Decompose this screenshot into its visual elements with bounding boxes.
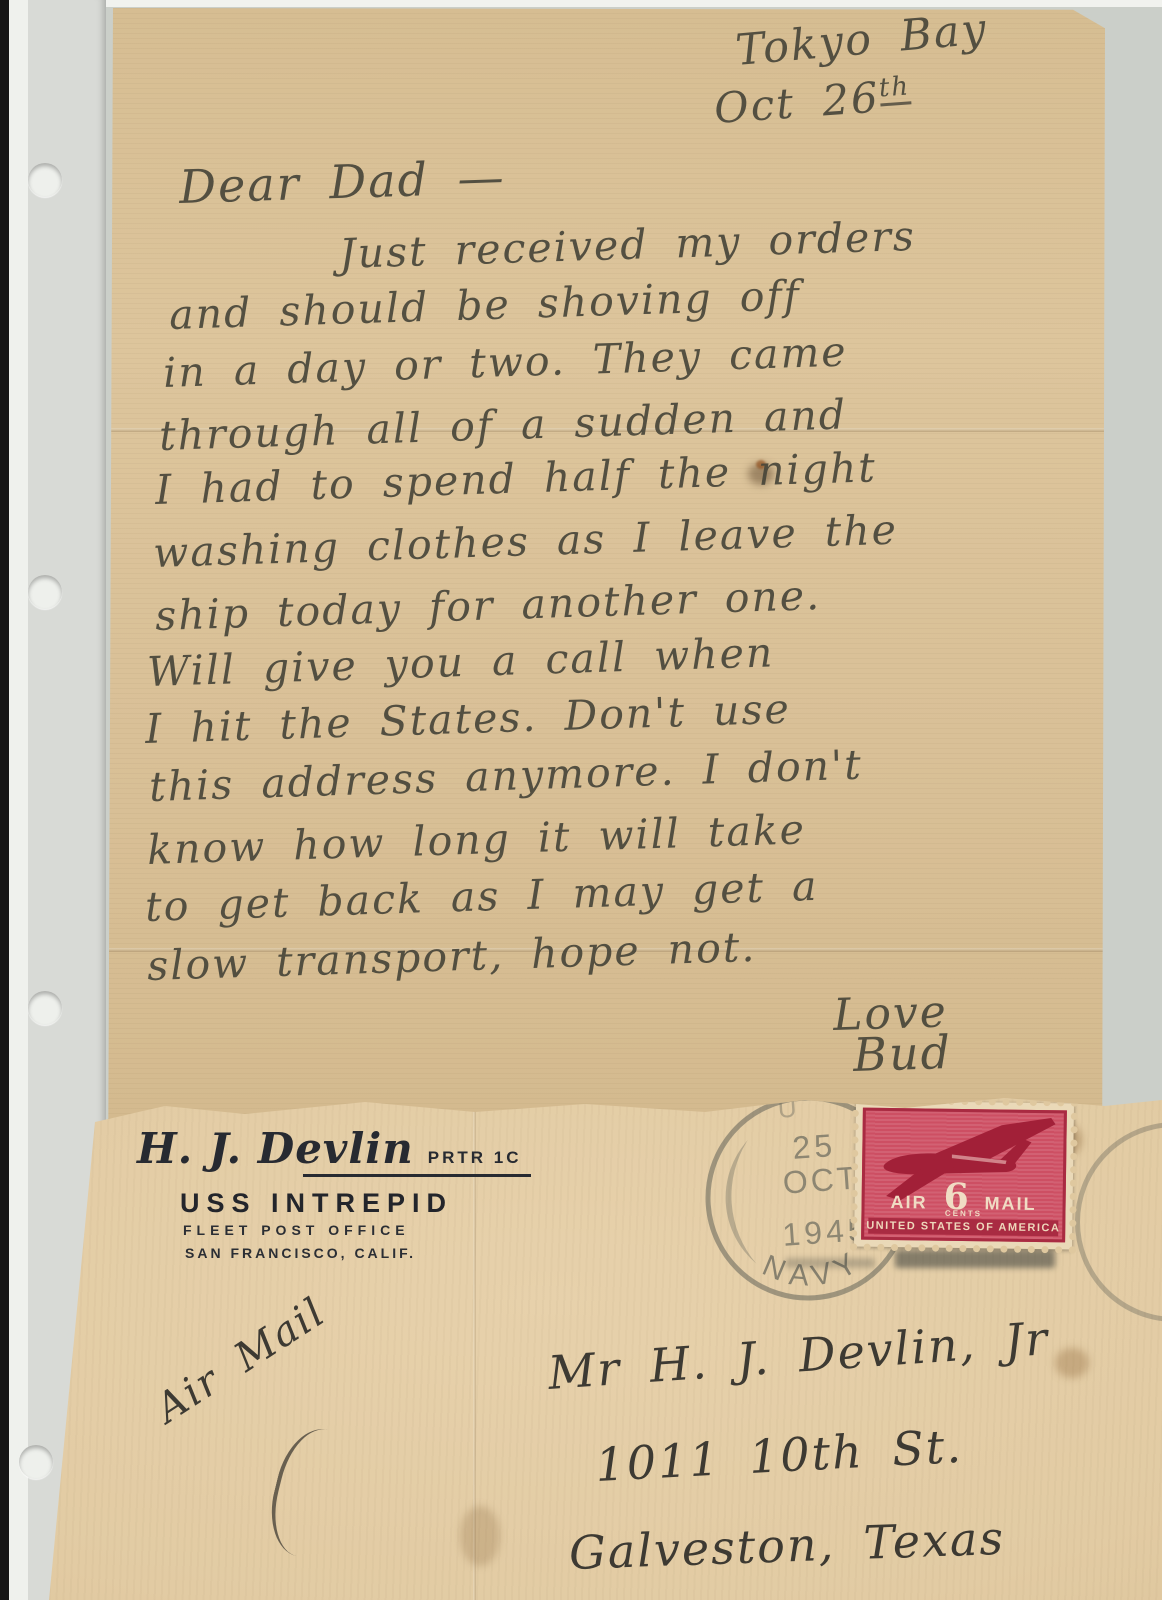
letter-body-line: Just received my orders — [338, 212, 916, 278]
letter-dateline-place: Tokyo Bay — [734, 4, 990, 76]
letter-body-line: and should be shoving off — [168, 271, 801, 339]
return-address-name: H. J. Devlin — [137, 1124, 414, 1173]
stamp-country-band: UNITED STATES OF AMERICA — [868, 1218, 1058, 1237]
letter-body-line: this address anymore. I don't — [148, 741, 863, 811]
date-ordinal-suffix: th — [878, 71, 911, 106]
envelope-address-line: 1011 10th St. — [594, 1419, 964, 1492]
punch-hole — [19, 1445, 53, 1479]
letter-body-line: know how long it will take — [146, 805, 806, 874]
return-address-city: SAN FRANCISCO, CALIF. — [185, 1245, 416, 1261]
cancellation-smudge — [785, 1258, 875, 1268]
letter-body-line: to get back as I may get a — [144, 862, 819, 931]
airmail-handwritten-note: Air Mail — [148, 1289, 334, 1432]
stamp-value: 6 — [943, 1183, 968, 1212]
stamp-country-label: UNITED STATES OF AMERICA — [866, 1220, 1060, 1235]
envelope: H. J. Devlin PRTR 1C USS INTREPID FLEET … — [45, 1098, 1162, 1600]
letter-salutation: Dear Dad — — [178, 150, 506, 214]
album-page-white-edge — [9, 0, 28, 1600]
stain — [1055, 1348, 1089, 1378]
letter-body-line: washing clothes as I leave the — [152, 506, 898, 577]
letter-signature: Bud — [852, 1025, 953, 1082]
envelope-address-line: Galveston, Texas — [568, 1511, 1006, 1580]
return-address-office: FLEET POST OFFICE — [183, 1222, 410, 1238]
postmark-day: 25 — [791, 1127, 837, 1166]
envelope-address-line: Mr H. J. Devlin, Jr — [546, 1311, 1051, 1400]
letter-body-line: I hit the States. Don't use — [144, 685, 791, 753]
letter-body-line: in a day or two. They came — [162, 328, 848, 397]
scanned-letter-photo: Tokyo Bay Oct 26th Dear Dad — Just recei… — [0, 0, 1162, 1600]
return-address-ship: USS INTREPID — [180, 1188, 453, 1219]
letter-body-line: Will give you a call when — [146, 628, 774, 696]
scan-edge-highlight — [0, 0, 1162, 7]
second-postmark-arc — [1075, 1122, 1162, 1322]
airmail-stamp: AIR 6 MAIL CENTS UNITED STATES OF AMERIC… — [854, 1100, 1074, 1249]
letter-dateline-date: Oct 26th — [713, 70, 913, 133]
return-address-name-row: H. J. Devlin PRTR 1C — [137, 1124, 522, 1173]
album-page-dark-edge — [0, 0, 9, 1600]
letter-body-line: slow transport, hope not. — [146, 923, 756, 990]
punch-hole — [28, 163, 62, 197]
punch-hole — [28, 991, 62, 1025]
stain — [460, 1506, 500, 1566]
punch-hole — [28, 575, 62, 609]
letter-sheet: Tokyo Bay Oct 26th Dear Dad — Just recei… — [108, 8, 1105, 1200]
return-address-rating: PRTR 1C — [428, 1148, 522, 1168]
cancellation-smudge — [895, 1250, 1055, 1268]
airmail-note-flourish — [260, 1421, 363, 1565]
return-address-underline — [303, 1174, 531, 1177]
postmark-month: OCT — [782, 1159, 861, 1200]
stamp-design: AIR 6 MAIL CENTS UNITED STATES OF AMERIC… — [861, 1108, 1067, 1243]
